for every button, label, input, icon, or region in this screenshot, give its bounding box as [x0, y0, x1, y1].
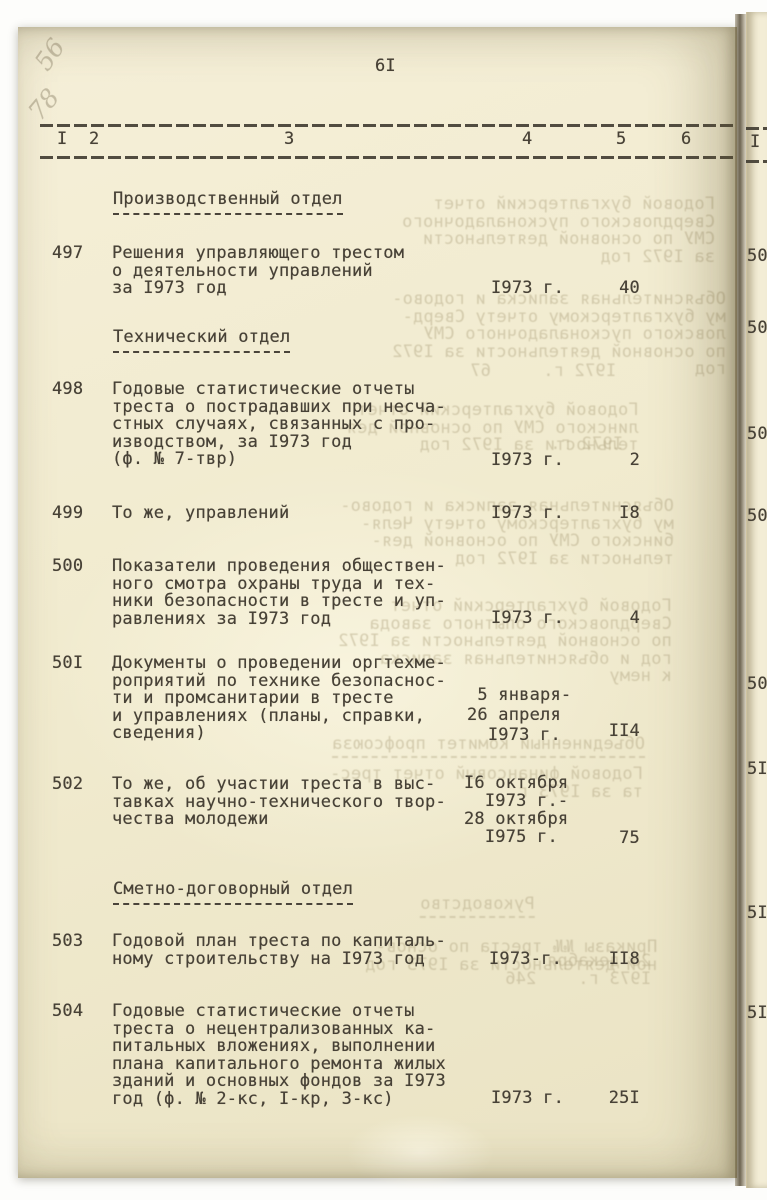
next-page-entry-number: 509	[747, 676, 767, 694]
next-page-rule-top	[746, 127, 767, 130]
table-header-rule-bottom	[40, 156, 735, 159]
entry-dates: 5 января- 26 апреля I973 г.	[467, 685, 571, 745]
entry-pages: II4	[578, 723, 640, 741]
entry-pages: 75	[578, 830, 640, 848]
entry-number: 50I	[52, 655, 83, 673]
section-heading: Сметно-договорный отдел	[113, 881, 353, 905]
entry-number: 502	[52, 776, 83, 794]
entry-number: 504	[52, 1003, 83, 1021]
column-header: 5	[616, 131, 626, 149]
entry-description: Годовой план треста по капиталь- ному ст…	[112, 933, 446, 968]
column-header: I	[57, 131, 67, 149]
entry-number: 503	[52, 933, 83, 951]
entry-dates: I973-г.	[489, 951, 562, 969]
entry-description: То же, управлений	[112, 505, 289, 523]
page-gutter	[735, 14, 746, 1186]
entry-description: То же, об участии треста в выс- тавках н…	[112, 776, 446, 829]
entry-description: Показатели проведения обществен- ного см…	[112, 558, 446, 628]
next-page-entry-number: 508	[747, 508, 767, 526]
next-page-entry-number: 506	[747, 320, 767, 338]
entry-number: 497	[52, 245, 83, 263]
page-number: 6I	[375, 58, 396, 76]
entry-description: Решения управляющего трестом о деятельно…	[112, 245, 404, 298]
entry-description: Документы о проведении оргтехме- роприят…	[112, 655, 446, 743]
next-page-entry-number: 505	[747, 248, 767, 266]
entry-dates: I973 г.	[491, 505, 564, 523]
column-header: 6	[681, 131, 691, 149]
section-heading: Производственный отдел	[113, 191, 343, 215]
bleedthrough-text: Руководство	[420, 896, 535, 918]
paper-stain	[345, 1115, 495, 1190]
section-heading: Технический отдел	[113, 329, 290, 353]
entry-description: Годовые статистические отчеты треста о п…	[112, 381, 446, 469]
entry-number: 500	[52, 558, 83, 576]
entry-pages: 4	[578, 610, 640, 628]
column-header: 4	[522, 131, 532, 149]
entry-number: 499	[52, 505, 83, 523]
next-page-entry-number: 5II	[747, 905, 767, 923]
entry-dates: I973 г.	[491, 280, 564, 298]
next-page-column-header: I	[750, 134, 760, 152]
entry-description: Годовые статистические отчеты треста о н…	[112, 1003, 446, 1108]
next-page-entry-number: 5I2	[747, 1005, 767, 1023]
entry-number: 498	[52, 381, 83, 399]
entry-pages: II8	[578, 951, 640, 969]
entry-pages: 40	[578, 280, 640, 298]
entry-dates: I973 г.	[491, 610, 564, 628]
entry-pages: I8	[578, 505, 640, 523]
entry-dates: I6 октября I973 г.- 28 октября I975 г.	[464, 774, 568, 846]
entry-pages: 25I	[578, 1090, 640, 1108]
bleedthrough-text: Годовой бухгалтерский отчет Свердловског…	[402, 196, 715, 266]
next-page-rule-bottom	[746, 160, 767, 163]
entry-dates: I973 г.	[491, 1090, 564, 1108]
entry-pages: 2	[578, 452, 640, 470]
next-page-entry-number: 507	[747, 426, 767, 444]
scan-background: 56 78 6I I 2 3 4 5 6 Производственный от…	[0, 0, 767, 1200]
table-header-rule-top	[40, 124, 735, 127]
next-page-entry-number: 5I0	[747, 761, 767, 779]
column-header: 3	[284, 131, 294, 149]
column-header: 2	[89, 131, 99, 149]
entry-dates: I973 г.	[491, 452, 564, 470]
bleedthrough-text: I972 г. 67	[470, 363, 616, 381]
